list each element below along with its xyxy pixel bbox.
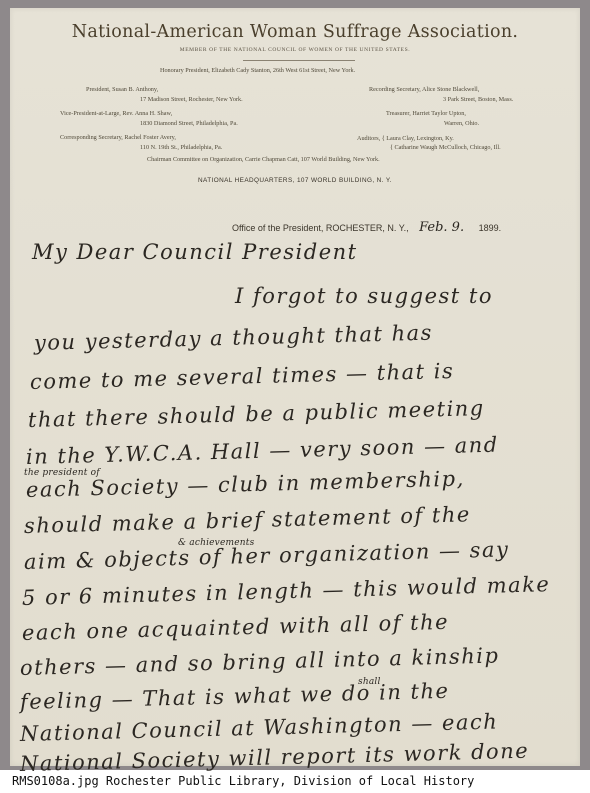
letter-line: 5 or 6 minutes in length — this would ma… <box>22 572 551 610</box>
office-dateline: Office of the President, ROCHESTER, N. Y… <box>232 220 501 235</box>
officer-president: President, Susan B. Anthony, <box>86 86 158 93</box>
letter-line: in the Y.W.C.A. Hall — very soon — and <box>26 433 499 469</box>
chairman-organization: Chairman Committee on Organization, Carr… <box>147 156 380 163</box>
letter-line: others — and so bring all into a kinship <box>20 643 500 680</box>
image-caption: RMS0108a.jpg Rochester Public Library, D… <box>12 774 474 788</box>
year: 1899. <box>479 223 502 233</box>
officer-recording-secretary: Recording Secretary, Alice Stone Blackwe… <box>369 86 479 93</box>
officer-auditor-2: { Catharine Waugh McCulloch, Chicago, Il… <box>390 144 501 151</box>
officer-vice-president: Vice-President-at-Large, Rev. Anna H. Sh… <box>60 110 172 117</box>
letter-line: feeling — That is what we do in the <box>20 679 450 714</box>
letter-line: aim & objects of her organization — say <box>24 537 510 574</box>
office-prefix: Office of the President, ROCHESTER, N. Y… <box>232 223 409 233</box>
letter-line: that there should be a public meeting <box>28 396 485 432</box>
letter-line: each one acquainted with all of the <box>22 610 450 645</box>
officer-corresponding-secretary: Corresponding Secretary, Rachel Foster A… <box>60 134 176 141</box>
honorary-president: Honorary President, Elizabeth Cady Stant… <box>160 67 355 74</box>
officer-treasurer-address: Warren, Ohio. <box>444 120 479 127</box>
letter-line: I forgot to suggest to <box>235 284 493 308</box>
national-headquarters: NATIONAL HEADQUARTERS, 107 WORLD BUILDIN… <box>10 177 580 184</box>
letterhead-title: National-American Woman Suffrage Associa… <box>10 22 580 42</box>
salutation: My Dear Council President <box>32 240 358 264</box>
officer-corresponding-secretary-address: 110 N. 19th St., Philadelphia, Pa. <box>140 144 222 151</box>
letter-line: you yesterday a thought that has <box>34 321 434 355</box>
letterhead-divider <box>243 60 355 61</box>
letterhead-member-line: Member of the National Council of Women … <box>10 47 580 53</box>
letter-line: should make a brief statement of the <box>24 502 471 538</box>
officer-treasurer: Treasurer, Harriet Taylor Upton, <box>386 110 466 117</box>
officer-vice-president-address: 1830 Diamond Street, Philadelphia, Pa. <box>140 120 238 127</box>
letter-line: National Society will report its work do… <box>20 739 530 776</box>
officer-president-address: 17 Madison Street, Rochester, New York. <box>140 96 243 103</box>
letter-page: National-American Woman Suffrage Associa… <box>10 8 580 766</box>
officer-recording-secretary-address: 3 Park Street, Boston, Mass. <box>443 96 513 103</box>
handwritten-date: Feb. 9. <box>419 220 464 235</box>
letter-line: come to me several times — that is <box>30 359 455 394</box>
officer-auditor-1: Auditors, { Laura Clay, Lexington, Ky. <box>357 135 454 142</box>
